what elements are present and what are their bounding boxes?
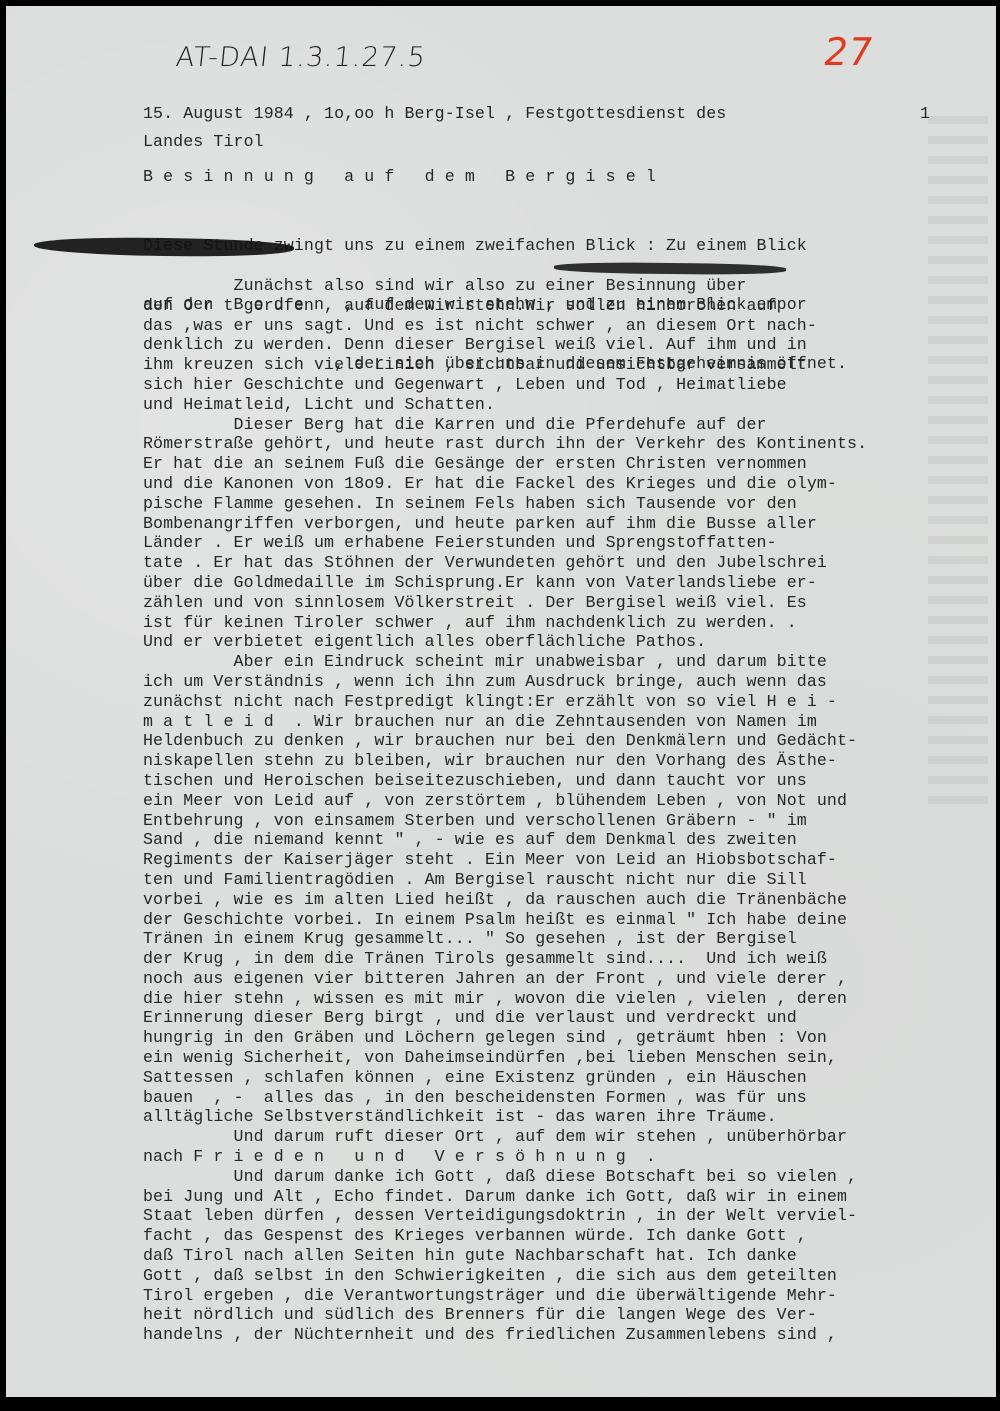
body-line: Tränen in einem Krug gesammelt... " So g… — [143, 929, 867, 949]
document-title: B e s i n n u n g a u f d e m B e r g i … — [143, 167, 656, 187]
body-line: Staat leben dürfen , dessen Verteidigung… — [143, 1206, 867, 1226]
bleed-through-texture — [928, 116, 988, 816]
body-text: Zunächst also sind wir also zu einer Bes… — [143, 276, 867, 1345]
body-line: Gott , daß selbst in den Schwierigkeiten… — [143, 1266, 867, 1286]
body-line: Und darum danke ich Gott , daß diese Bot… — [143, 1167, 867, 1187]
body-line: Länder . Er weiß um erhabene Feierstunde… — [143, 533, 867, 553]
body-line: Erinnerung dieser Berg birgt , und die v… — [143, 1008, 867, 1028]
body-line: sich hier Geschichte und Gegenwart , Leb… — [143, 375, 867, 395]
body-line: ein wenig Sicherheit, von Daheimseindürf… — [143, 1048, 867, 1068]
body-line: Regiments der Kaiserjäger steht . Ein Me… — [143, 850, 867, 870]
body-line: Tirol ergeben , die Verantwortungsträger… — [143, 1286, 867, 1306]
body-line: hungrig in den Gräben und Löchern gelege… — [143, 1028, 867, 1048]
body-line: tischen und Heroischen beiseitezuschiebe… — [143, 771, 867, 791]
body-line: über die Goldmedaille im Schisprung.Er k… — [143, 573, 867, 593]
body-line: Sattessen , schlafen können , eine Exist… — [143, 1068, 867, 1088]
body-line: ein Meer von Leid auf , von zerstörtem ,… — [143, 791, 867, 811]
body-line: der Krug , in dem die Tränen Tirols gesa… — [143, 949, 867, 969]
body-line: Römerstraße gehört, und heute rast durch… — [143, 434, 867, 454]
body-line: der Geschichte vorbei. In einem Psalm he… — [143, 910, 867, 930]
body-line: ich um Verständnis , wenn ich ihn zum Au… — [143, 672, 867, 692]
document-page: AT-DAI 1.3.1.27.5 27 15. August 1984 , 1… — [6, 6, 996, 1397]
page-number: 1 — [920, 104, 930, 123]
body-line: facht , das Gespenst des Krieges verbann… — [143, 1226, 867, 1246]
body-line: daß Tirol nach allen Seiten hin gute Nac… — [143, 1246, 867, 1266]
body-line: ten und Familientragödien . Am Bergisel … — [143, 870, 867, 890]
body-line: und die Kanonen von 18o9. Er hat die Fac… — [143, 474, 867, 494]
body-line: bei Jung und Alt , Echo findet. Darum da… — [143, 1187, 867, 1207]
heading-line-2: Landes Tirol — [143, 132, 264, 152]
body-line: Heldenbuch zu denken , wir brauchen nur … — [143, 731, 867, 751]
body-line: pische Flamme gesehen. In seinem Fels ha… — [143, 494, 867, 514]
body-line: denklich zu werden. Denn dieser Bergisel… — [143, 335, 867, 355]
body-line: das ,was er uns sagt. Und es ist nicht s… — [143, 316, 867, 336]
body-line: Zunächst also sind wir also zu einer Bes… — [143, 276, 867, 296]
body-line: heit nördlich und südlich des Brenners f… — [143, 1305, 867, 1325]
body-line: zunächst nicht nach Festpredigt klingt:E… — [143, 692, 867, 712]
body-line: und Heimatleid, Licht und Schatten. — [143, 395, 867, 415]
heading-line-1: 15. August 1984 , 1o,oo h Berg-Isel , Fe… — [143, 104, 726, 124]
body-line: Und darum ruft dieser Ort , auf dem wir … — [143, 1127, 867, 1147]
body-line: Er hat die an seinem Fuß die Gesänge der… — [143, 454, 867, 474]
body-line: Dieser Berg hat die Karren und die Pferd… — [143, 415, 867, 435]
body-line: bauen , - alles das , in den bescheidens… — [143, 1088, 867, 1108]
body-line: den O r t gerufen , auf dem wir stehn.Wi… — [143, 296, 867, 316]
body-line: m a t l e i d . Wir brauchen nur an die … — [143, 712, 867, 732]
body-line: niskapellen stehn zu bleiben, wir brauch… — [143, 751, 867, 771]
body-line: Und er verbietet eigentlich alles oberfl… — [143, 632, 867, 652]
body-line: handelns , der Nüchternheit und des frie… — [143, 1325, 867, 1345]
body-line: Bombenangriffen verborgen, und heute par… — [143, 514, 867, 534]
body-line: nach F r i e d e n u n d V e r s ö h n u… — [143, 1147, 867, 1167]
folio-number-red: 27 — [820, 30, 876, 74]
body-line: Aber ein Eindruck scheint mir unabweisba… — [143, 652, 867, 672]
body-line: ist für keinen Tiroler schwer , auf ihm … — [143, 613, 867, 633]
body-line: vorbei , wie es im alten Lied heißt , da… — [143, 890, 867, 910]
body-line: alltägliche Selbstverständlichkeit ist -… — [143, 1107, 867, 1127]
body-line: zählen und von sinnlosem Völkerstreit . … — [143, 593, 867, 613]
archive-reference-handwritten: AT-DAI 1.3.1.27.5 — [174, 42, 427, 73]
body-line: die hier stehn , wissen es mit mir , wov… — [143, 989, 867, 1009]
body-line: Entbehrung , von einsamem Sterben und ve… — [143, 811, 867, 831]
body-line: Sand , die niemand kennt " , - wie es au… — [143, 830, 867, 850]
body-line: ihm kreuzen sich viele Linien , sichtbar… — [143, 355, 867, 375]
body-line: tate . Er hat das Stöhnen der Verwundete… — [143, 553, 867, 573]
body-line: noch aus eigenen vier bitteren Jahren an… — [143, 969, 867, 989]
